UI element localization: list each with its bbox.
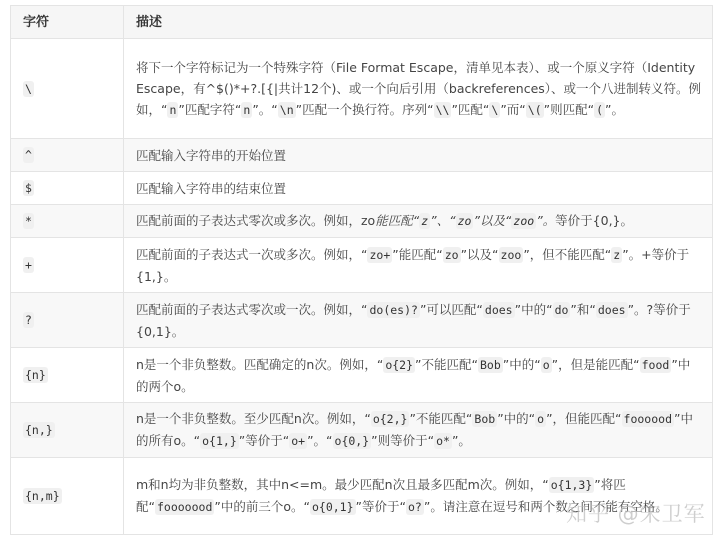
description-cell: 匹配输入字符串的结束位置 [124, 172, 713, 205]
italic-text: ”以及“ [473, 213, 511, 228]
table-row: \将下一个字符标记为一个特殊字符（File Format Escape，清单见本… [11, 39, 713, 139]
inline-code: Bob [472, 411, 497, 427]
inline-code: n [241, 102, 252, 118]
description-text: 匹配前面的子表达式一次或多次。例如，“ [136, 247, 367, 262]
char-cell: + [11, 238, 124, 293]
table-row: {n,m}m和n均为非负整数，其中n<=m。最少匹配n次且最多匹配m次。例如，“… [11, 458, 713, 535]
description-text: ”而“ [500, 102, 525, 117]
char-cell: $ [11, 172, 124, 205]
description-text: 匹配输入字符串的结束位置 [136, 181, 286, 196]
description-text: ”中的前三个o。“ [214, 499, 310, 514]
regex-char-code: {n,m} [23, 488, 62, 504]
regex-reference-table: 字符 描述 \将下一个字符标记为一个特殊字符（File Format Escap… [10, 5, 713, 535]
table-row: {n}n是一个非负整数。匹配确定的n次。例如，“o{2}”不能匹配“Bob”中的… [11, 348, 713, 403]
inline-code: fooooood [155, 499, 214, 515]
description-text: ”可以匹配“ [420, 302, 483, 317]
inline-code: ( [594, 102, 605, 118]
description-text: ”匹配一个换行符。序列“ [296, 102, 434, 117]
table-body: \将下一个字符标记为一个特殊字符（File Format Escape，清单见本… [11, 39, 713, 535]
description-text: ”，但是能匹配“ [552, 357, 640, 372]
char-cell: {n,m} [11, 458, 124, 535]
inline-code: \\ [434, 102, 452, 118]
description-text: ”。 [605, 102, 624, 117]
description-cell: n是一个非负整数。至少匹配n次。例如，“o{2,}”不能匹配“Bob”中的“o”… [124, 403, 713, 458]
description-cell: 匹配前面的子表达式零次或多次。例如，zo能匹配“z”、“zo”以及“zoo”。等… [124, 205, 713, 238]
description-text: n是一个非负整数。至少匹配n次。例如，“ [136, 411, 371, 426]
description-text: ”。“ [307, 433, 332, 448]
inline-code: zo [456, 213, 474, 229]
char-cell: * [11, 205, 124, 238]
inline-code: o? [406, 499, 424, 515]
description-text: n是一个非负整数。匹配确定的n次。例如，“ [136, 357, 383, 372]
table-row: ?匹配前面的子表达式零次或一次。例如，“do(es)?”可以匹配“does”中的… [11, 293, 713, 348]
table-row: $匹配输入字符串的结束位置 [11, 172, 713, 205]
description-text: ”能匹配“ [392, 247, 442, 262]
description-text: ”。 [452, 433, 471, 448]
description-text: ”和“ [570, 302, 595, 317]
description-text: ”中的“ [497, 411, 535, 426]
description-text: 匹配前面的子表达式零次或多次。例如，zo [136, 213, 375, 228]
inline-code: o* [434, 433, 452, 449]
regex-char-code: ? [23, 312, 34, 328]
description-text: ”等价于“ [356, 499, 406, 514]
inline-code: do(es)? [367, 302, 419, 318]
description-text: ”，但能匹配“ [546, 411, 621, 426]
header-description: 描述 [124, 6, 713, 39]
description-cell: 将下一个字符标记为一个特殊字符（File Format Escape，清单见本表… [124, 39, 713, 139]
description-text: 等价于{0,}。 [555, 213, 633, 228]
inline-code: o{2,} [371, 411, 410, 427]
table-row: {n,}n是一个非负整数。至少匹配n次。例如，“o{2,}”不能匹配“Bob”中… [11, 403, 713, 458]
table-header-row: 字符 描述 [11, 6, 713, 39]
inline-code: zo+ [367, 247, 392, 263]
description-text: m和n均为非负整数，其中n<=m。最少匹配n次且最多匹配m次。例如，“ [136, 477, 549, 492]
inline-code: does [596, 302, 628, 318]
inline-code: \ [489, 102, 500, 118]
inline-code: do [553, 302, 571, 318]
regex-char-code: $ [23, 180, 34, 196]
regex-char-code: ^ [23, 147, 34, 163]
italic-code-wrapper: zo [456, 213, 474, 228]
char-cell: ^ [11, 139, 124, 172]
description-cell: 匹配前面的子表达式零次或一次。例如，“do(es)?”可以匹配“does”中的“… [124, 293, 713, 348]
inline-code: \n [278, 102, 296, 118]
description-text: ”，但不能匹配“ [523, 247, 611, 262]
description-text: ”中的“ [503, 357, 541, 372]
inline-code: z [611, 247, 622, 263]
inline-code: zoo [511, 213, 536, 229]
description-text: 匹配输入字符串的开始位置 [136, 148, 286, 163]
inline-code: o{0,} [333, 433, 372, 449]
italic-code-wrapper: zoo [511, 213, 536, 228]
description-text: ”。请注意在逗号和两个数之间不能有空格。 [424, 499, 668, 514]
inline-code: zo [443, 247, 461, 263]
description-text: ”匹配“ [451, 102, 489, 117]
inline-code: o{1,} [200, 433, 239, 449]
description-cell: 匹配前面的子表达式一次或多次。例如，“zo+”能匹配“zo”以及“zoo”，但不… [124, 238, 713, 293]
inline-code: n [167, 102, 178, 118]
regex-char-code: * [23, 213, 34, 229]
inline-code: zoo [499, 247, 524, 263]
regex-reference-table-container: 字符 描述 \将下一个字符标记为一个特殊字符（File Format Escap… [10, 5, 712, 535]
inline-code: o [535, 411, 546, 427]
description-cell: 匹配输入字符串的开始位置 [124, 139, 713, 172]
inline-code: o+ [289, 433, 307, 449]
char-cell: {n} [11, 348, 124, 403]
regex-char-code: {n,} [23, 422, 55, 438]
description-text: 匹配前面的子表达式零次或一次。例如，“ [136, 302, 367, 317]
inline-code: o [541, 357, 552, 373]
description-text: ”以及“ [461, 247, 499, 262]
italic-text: ”、“ [430, 213, 455, 228]
inline-code: foooood [622, 411, 674, 427]
table-row: *匹配前面的子表达式零次或多次。例如，zo能匹配“z”、“zo”以及“zoo”。… [11, 205, 713, 238]
italic-text: 能匹配“ [375, 213, 419, 228]
description-cell: m和n均为非负整数，其中n<=m。最少匹配n次且最多匹配m次。例如，“o{1,3… [124, 458, 713, 535]
inline-code: food [640, 357, 672, 373]
description-text: ”则匹配“ [544, 102, 594, 117]
char-cell: {n,} [11, 403, 124, 458]
char-cell: ? [11, 293, 124, 348]
inline-code: \( [526, 102, 544, 118]
inline-code: z [419, 213, 430, 229]
inline-code: Bob [478, 357, 503, 373]
italic-code-wrapper: z [419, 213, 430, 228]
description-text: ”匹配字符“ [178, 102, 241, 117]
regex-char-code: {n} [23, 367, 48, 383]
regex-char-code: + [23, 257, 34, 273]
inline-code: o{1,3} [549, 477, 595, 493]
description-text: ”中的“ [515, 302, 553, 317]
regex-char-code: \ [23, 81, 34, 97]
inline-code: o{2} [383, 357, 415, 373]
inline-code: does [483, 302, 515, 318]
header-char: 字符 [11, 6, 124, 39]
description-text: ”则等价于“ [371, 433, 434, 448]
table-row: +匹配前面的子表达式一次或多次。例如，“zo+”能匹配“zo”以及“zoo”，但… [11, 238, 713, 293]
table-row: ^匹配输入字符串的开始位置 [11, 139, 713, 172]
char-cell: \ [11, 39, 124, 139]
description-text: ”。“ [252, 102, 277, 117]
description-text: ”等价于“ [239, 433, 289, 448]
description-text: ”不能匹配“ [415, 357, 478, 372]
description-cell: n是一个非负整数。匹配确定的n次。例如，“o{2}”不能匹配“Bob”中的“o”… [124, 348, 713, 403]
inline-code: o{0,1} [310, 499, 356, 515]
description-text: ”不能匹配“ [409, 411, 472, 426]
italic-text: ”。 [536, 213, 555, 228]
